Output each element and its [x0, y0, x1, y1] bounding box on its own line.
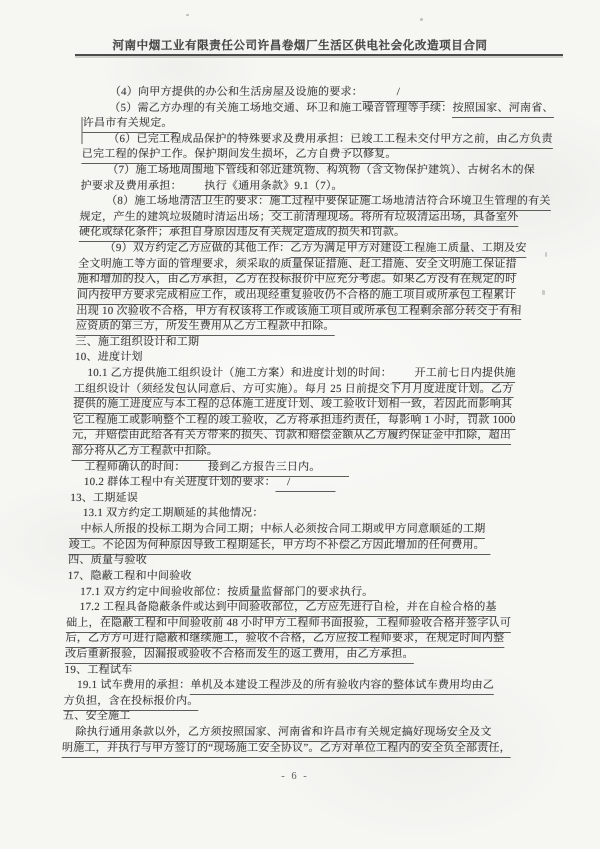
filled-in-text: 硬化或绿化条件；承担自身原因违反有关规定造成的损失和罚款。 [79, 225, 406, 242]
filled-in-text: 除执行通用条款以外，乙方须按照国家、河南省和许昌市有关规定搞好现场安全及文 [75, 725, 492, 742]
printed-text: 17.1 双方约定中间验收部位： [80, 585, 228, 601]
document-line: （6）已完工程成品保护的特殊要求及费用承担：已竣工工程未交付甲方之前，由乙方负责 [82, 132, 553, 148]
document-line: 出现 10 次验收不合格，甲方有权该将工作或该施工项目或所承包工程剩余部分转交于… [76, 304, 547, 320]
filled-in-text: 接到乙方报告三日内。 [185, 460, 349, 477]
printed-text: （9）双方约定乙方应做的其他工作： [104, 241, 290, 257]
document-line: 17.1 双方约定中间验收部位：按质量监督部门的要求执行。 [67, 585, 538, 601]
filled-in-text: 乙方为满足甲方对建设工程施工质量、工期及安 [290, 241, 527, 258]
filled-in-text: 提供的施工进度应与本工程的总体施工进度计划、竣工验收计划相一致，若因此而影响其 [73, 397, 512, 414]
scan-speckle [186, 14, 189, 16]
document-line: （9）双方约定乙方应做的其他工作：乙方为满足甲方对建设工程施工质量、工期及安 [78, 241, 549, 257]
filled-in-text: 方负担，含在投标报价内。 [63, 694, 199, 711]
document-line: 三、施工组织设计和工期 [75, 335, 546, 351]
printed-text: 10.1 乙方提供施工组织设计（施工方案）和进度计划的时间： [87, 366, 392, 382]
printed-text: 10.2 群体工程中有关进度计划的要求： [84, 475, 277, 491]
filled-in-text: 按照国家、河南省、 [452, 101, 554, 118]
printed-text: 17.2 [79, 600, 103, 616]
printed-text: 工程师确认的时间： [84, 460, 186, 476]
document-line: 改后重新报验，因漏报或验收不合格而发生的返工费用，由乙方承担。 [65, 647, 536, 663]
document-line: 10、进度计划 [75, 350, 546, 366]
printed-text: 10、进度计划 [75, 350, 143, 366]
printed-text: （4）向甲方提供的办公和生活房屋及设施的要求： [109, 85, 363, 101]
filled-in-text: 规定，产生的建筑垃圾随时清运出场；交工前清理现场。将所有垃圾清运出场，具备室外 [79, 210, 518, 227]
printed-text: 三、施工组织设计和工期 [75, 335, 199, 351]
filled-in-text: 工程具备隐蔽条件或达到中间验收部位，乙方应先进行自检，并在自检合格的基 [103, 600, 497, 617]
document-line: 17.2 工程具备隐蔽条件或达到中间验收部位，乙方应先进行自检，并在自检合格的基 [66, 600, 537, 616]
document-line: 方负担，含在投标报价内。 [63, 694, 534, 710]
document-line: 竣工。不论因为何种原因导致工程期延长，甲方均不补偿乙方因此增加的任何费用。 [68, 538, 539, 554]
document-line: 规定，产生的建筑垃圾随时清运出场；交工前清理现场。将所有垃圾清运出场，具备室外 [79, 210, 550, 226]
filled-in-text: / [275, 475, 335, 492]
document-line: 工组织设计（须经发包认同意后、方可实施）。每月 25 日前提交下月月度进度计划。… [74, 382, 545, 398]
document-line: 全文明施工等方面的管理要求，须采取的质量保证措施、赶工措施、安全文明施工保证措 [78, 257, 549, 273]
document-line: 提供的施工进度应与本工程的总体施工进度计划、竣工验收计划相一致，若因此而影响其 [73, 397, 544, 413]
printed-text: （5）需乙方办理的有关施工场地交通、环卫和施工噪音管理等手续： [109, 101, 453, 117]
filled-in-text: 后，乙方方可进行隐蔽和继续施工，验收不合格，乙方应按工程师要求，在规定时间内整 [65, 631, 504, 648]
filled-in-text: 出现 10 次验收不合格，甲方有权该将工作或该施工项目或所承包工程剩余部分转交于… [76, 304, 522, 321]
document-line: 17、隐蔽工程和中间验收 [67, 569, 538, 585]
document-line: （4）向甲方提供的办公和生活房屋及设施的要求： / [83, 85, 554, 101]
filled-in-text: 工组织设计（须经发包认同意后、方可实施）。每月 25 日前提交下月月度进度计划。… [74, 382, 514, 399]
printed-text: 17、隐蔽工程和中间验收 [67, 569, 192, 585]
document-line: 10.2 群体工程中有关进度计划的要求： / [71, 475, 542, 491]
document-line: 中标人所报的投标工期为合同工期；中标人必须按合同工期或甲方同意顺延的工期 [69, 522, 540, 538]
document-line: 施和增加的投入，由乙方承担，乙方在投标报价中应充分考虑。如果乙方没有在规定的时 [77, 272, 548, 288]
header-rule [75, 54, 563, 56]
document-line: 13、工期延误 [70, 491, 541, 507]
document-line: 应资质的第三方，所发生费用从乙方工程款中扣除。 [76, 319, 547, 335]
document-line: （8）施工场地清洁卫生的要求：施工过程中要保证施工场地清洁符合环境卫生管理的有关 [80, 194, 551, 210]
filled-in-text: 许昌市有关规定。 [82, 116, 178, 133]
printed-text: （8）施工场地清洁卫生的要求： [106, 194, 270, 210]
contract-body: （4）向甲方提供的办公和生活房屋及设施的要求： / （5）需乙方办理的有关施工场… [62, 85, 554, 756]
printed-text: （6）已完工程成品保护的特殊要求及费用承担： [108, 132, 351, 148]
filled-in-text: 改后重新报验，因漏报或验收不合格而发生的返工费用，由乙方承担。 [65, 647, 414, 664]
document-line: 它工程施工或影响整个工程的竣工验收，乙方将承担违约责任，每影响 1 小时，罚款 … [73, 413, 544, 429]
scan-speckle [420, 18, 423, 21]
printed-text: 护要求及费用承担： [80, 179, 182, 195]
filled-in-text: 单机及本建设工程涉及的所有验收内容的整体试车费用均由乙 [190, 678, 494, 695]
filled-in-text: 中标人所报的投标工期为合同工期；中标人必须按合同工期或甲方同意顺延的工期 [69, 522, 486, 539]
filled-in-text: 明施工，并执行与甲方签订的“现场施工安全协议”。乙方对单位工程内的安全负全部责任… [62, 741, 512, 758]
printed-text: 19、工程试车 [64, 663, 132, 679]
filled-in-text: 已完工程的保护工作。保护期间发生损坏，乙方自费予以修复。 [81, 147, 397, 164]
document-line: 许昌市有关规定。 [82, 116, 553, 132]
document-line: 19、工程试车 [64, 663, 535, 679]
printed-text: 四、质量与验收 [68, 553, 147, 569]
printed-text: 13、工期延误 [70, 491, 138, 507]
document-line: 19.1 试车费用的承担：单机及本建设工程涉及的所有验收内容的整体试车费用均由乙 [64, 678, 535, 694]
scanned-contract-page: 河南中烟工业有限责任公司许昌卷烟厂生活区供电社会化改造项目合同 （4）向甲方提供… [0, 0, 600, 849]
document-line: 已完工程的保护工作。保护期间发生损坏，乙方自费予以修复。 [81, 147, 552, 163]
page-number: - 6 - [0, 771, 590, 782]
filled-in-text: 间内按甲方要求完成相应工作，或出现经重复验收仍不合格的施工项目或所承包工程累计 [77, 288, 516, 305]
filled-in-text: 础上，在隐蔽工程和中间验收前 48 小时甲方工程师书面报验，工程师验收合格并签字… [66, 616, 512, 633]
filled-in-text: 按质量监督部门的要求执行。 [227, 585, 380, 602]
document-line: 除执行通用条款以外，乙方须按照国家、河南省和许昌市有关规定搞好现场安全及文 [62, 725, 533, 741]
filled-in-text: 开工前七日内提供施 [392, 366, 516, 383]
filled-in-text: 已竣工工程未交付甲方之前，由乙方负责 [350, 132, 553, 149]
filled-in-text: 施和增加的投入，由乙方承担，乙方在投标报价中应充分考虑。如果乙方没有在规定的时 [77, 272, 516, 289]
printed-text: 19.1 试车费用的承担： [77, 678, 191, 694]
document-line: 部分将从乙方工程款中扣除。 [72, 444, 543, 460]
document-line: （5）需乙方办理的有关施工场地交通、环卫和施工噪音管理等手续：按照国家、河南省、 [83, 101, 554, 117]
document-line: 硬化或绿化条件；承担自身原因违反有关规定造成的损失和罚款。 [79, 225, 550, 241]
document-line: （7）施工场地周围地下管线和邻近建筑物、构筑物（含文物保护建筑）、古树名木的保 [81, 163, 552, 179]
document-line: 工程师确认的时间： 接到乙方报告三日内。 [71, 460, 542, 476]
filled-in-text: 部分将从乙方工程款中扣除。 [72, 444, 219, 461]
printed-text: 五、安全施工 [63, 709, 131, 725]
document-line: 元，并赔偿由此给各有关方带来的损失、罚款和赔偿金额从乙方履约保证金中扣除，超出 [72, 428, 543, 444]
filled-in-text: 它工程施工或影响整个工程的竣工验收，乙方将承担违约责任，每影响 1 小时，罚款 … [73, 413, 516, 430]
filled-in-text: / [363, 85, 446, 102]
document-line: 间内按甲方要求完成相应工作，或出现经重复验收仍不合格的施工项目或所承包工程累计 [77, 288, 548, 304]
filled-in-text: 应资质的第三方，所发生费用从乙方工程款中扣除。 [76, 319, 335, 336]
document-line: 13.1 双方约定工期顺延的其他情况： [70, 506, 541, 522]
document-line: 后，乙方方可进行隐蔽和继续施工，验收不合格，乙方应按工程师要求，在规定时间内整 [65, 631, 536, 647]
filled-in-text: 施工过程中要保证施工场地清洁符合环境卫生管理的有关 [269, 194, 551, 211]
printed-text: 13.1 双方约定工期顺延的其他情况： [82, 506, 263, 522]
document-line: 四、质量与验收 [68, 553, 539, 569]
document-line: 10.1 乙方提供施工组织设计（施工方案）和进度计划的时间： 开工前七日内提供施 [74, 366, 545, 382]
filled-in-text: 全文明施工等方面的管理要求，须采取的质量保证措施、赶工措施、安全文明施工保证措 [78, 257, 517, 274]
document-line: 明施工，并执行与甲方签订的“现场施工安全协议”。乙方对单位工程内的安全负全部责任… [62, 741, 533, 757]
document-line: 护要求及费用承担： 执行《通用条款》9.1（7）。 [80, 179, 551, 195]
filled-in-text: 竣工。不论因为何种原因导致工程期延长，甲方均不补偿乙方因此增加的任何费用。 [68, 538, 491, 555]
filled-in-text: 元，并赔偿由此给各有关方带来的损失、罚款和赔偿金额从乙方履约保证金中扣除，超出 [72, 428, 511, 445]
document-line: 础上，在隐蔽工程和中间验收前 48 小时甲方工程师书面报验，工程师验收合格并签字… [66, 616, 537, 632]
printed-text: （7）施工场地周围地下管线和邻近建筑物、构筑物（含文物保护建筑）、古树名木的保 [107, 163, 535, 179]
contract-header-title: 河南中烟工业有限责任公司许昌卷烟厂生活区供电社会化改造项目合同 [0, 37, 600, 53]
document-line: 五、安全施工 [63, 709, 534, 725]
filled-in-text: 执行《通用条款》9.1（7）。 [182, 179, 372, 196]
